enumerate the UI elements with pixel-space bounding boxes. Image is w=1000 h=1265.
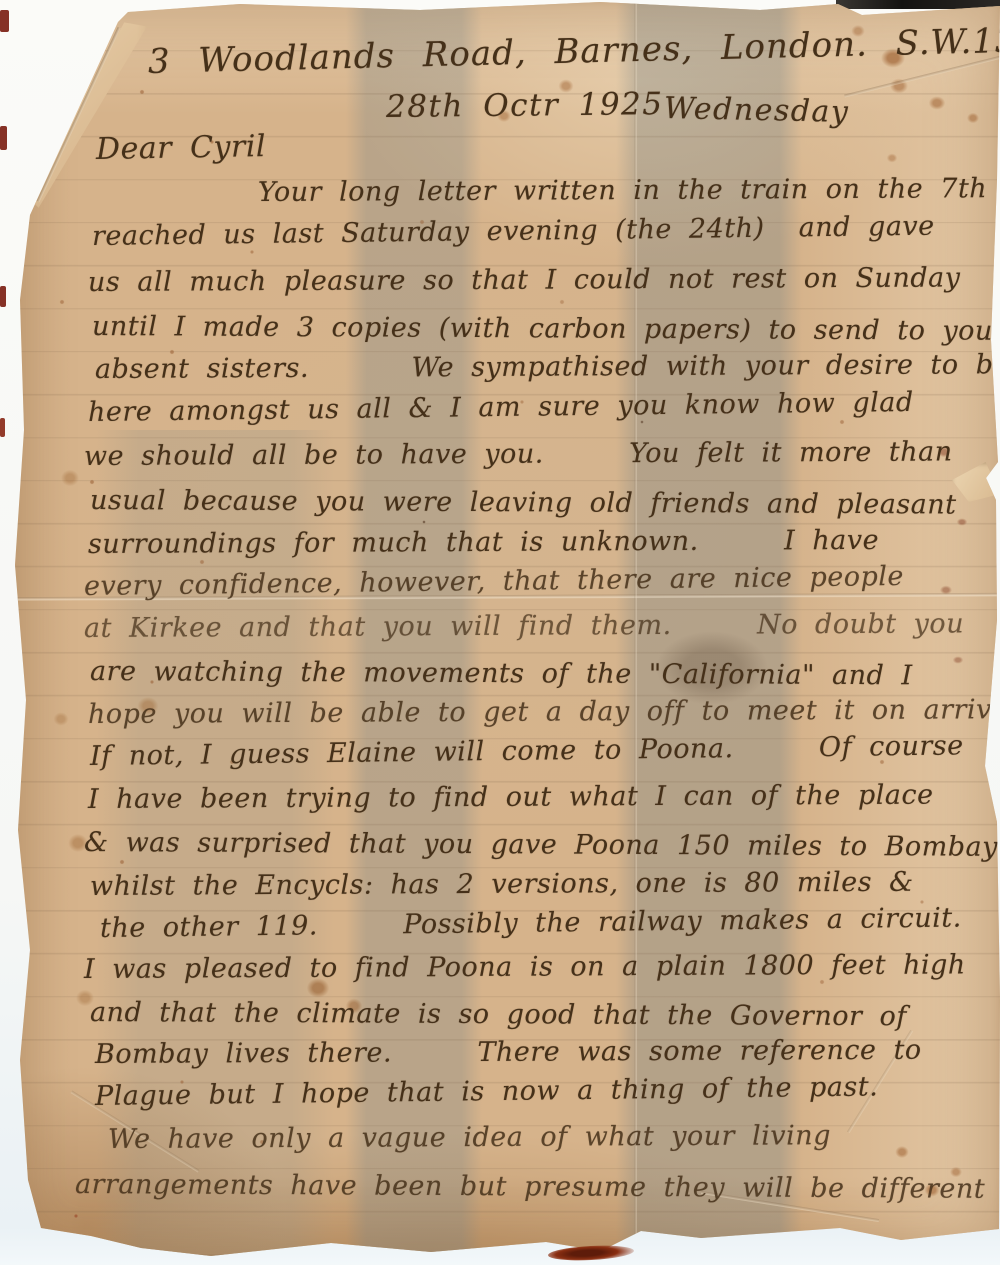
body-line: and that the climate is so good that the… <box>90 998 907 1032</box>
bottom-edge-ink-smudge <box>548 1244 635 1262</box>
body-line: If not, I guess Elaine will come to Poon… <box>90 731 964 771</box>
body-line: we should all be to have you. You felt i… <box>84 437 953 471</box>
scanned-letter-page: 3 Woodlands Road, Barnes, London. S.W.13… <box>0 0 1000 1265</box>
body-line: reached us last Saturday evening (the 24… <box>92 212 935 252</box>
body-line: arrangements have been but presume they … <box>75 1170 1000 1205</box>
body-line: surroundings for much that is unknown. I… <box>88 526 879 560</box>
body-line: I have been trying to find out what I ca… <box>88 781 934 815</box>
left-edge-mark <box>0 126 7 150</box>
torn-edge-flap <box>952 462 1000 502</box>
left-edge-mark <box>0 10 9 32</box>
left-edge-mark <box>0 286 6 307</box>
body-line: the other 119. Possibly the railway make… <box>100 903 962 943</box>
body-line: here amongst us all & I am sure you know… <box>88 388 914 428</box>
body-line: Your long letter written in the train on… <box>258 174 1000 208</box>
letter-paper: 3 Woodlands Road, Barnes, London. S.W.13… <box>0 0 1000 1265</box>
day-label: Wednesday <box>664 92 850 129</box>
body-line: whilst the Encycls: has 2 versions, one … <box>90 868 914 902</box>
salutation-line: Dear Cyril <box>96 130 267 166</box>
body-line: usual because you were leaving old frien… <box>90 486 957 520</box>
body-line: Plague but I hope that is now a thing of… <box>95 1072 879 1111</box>
address-line: 3 Woodlands Road, Barnes, London. S.W.13 <box>148 23 1000 82</box>
body-line: hope you will be able to get a day off t… <box>88 695 1000 730</box>
body-line: I was pleased to find Poona is on a plai… <box>84 950 966 984</box>
body-line: Bombay lives there. There was some refer… <box>95 1036 922 1070</box>
body-line: until I made 3 copies (with carbon paper… <box>92 312 1000 346</box>
body-line: We have only a vague idea of what your l… <box>108 1121 831 1154</box>
body-line: & was surprised that you gave Poona 150 … <box>84 828 998 862</box>
left-edge-mark <box>0 418 5 437</box>
body-line: absent sisters. We sympathised with your… <box>95 350 1000 384</box>
body-line: every confidence, however, that there ar… <box>84 562 904 602</box>
body-line: us all much pleasure so that I could not… <box>88 263 961 297</box>
body-line: at Kirkee and that you will find them. N… <box>84 609 964 643</box>
date-line: 28th Octr 1925 <box>386 87 664 124</box>
body-line: are watching the movements of the "Calif… <box>90 657 913 691</box>
folded-corner <box>26 8 152 214</box>
